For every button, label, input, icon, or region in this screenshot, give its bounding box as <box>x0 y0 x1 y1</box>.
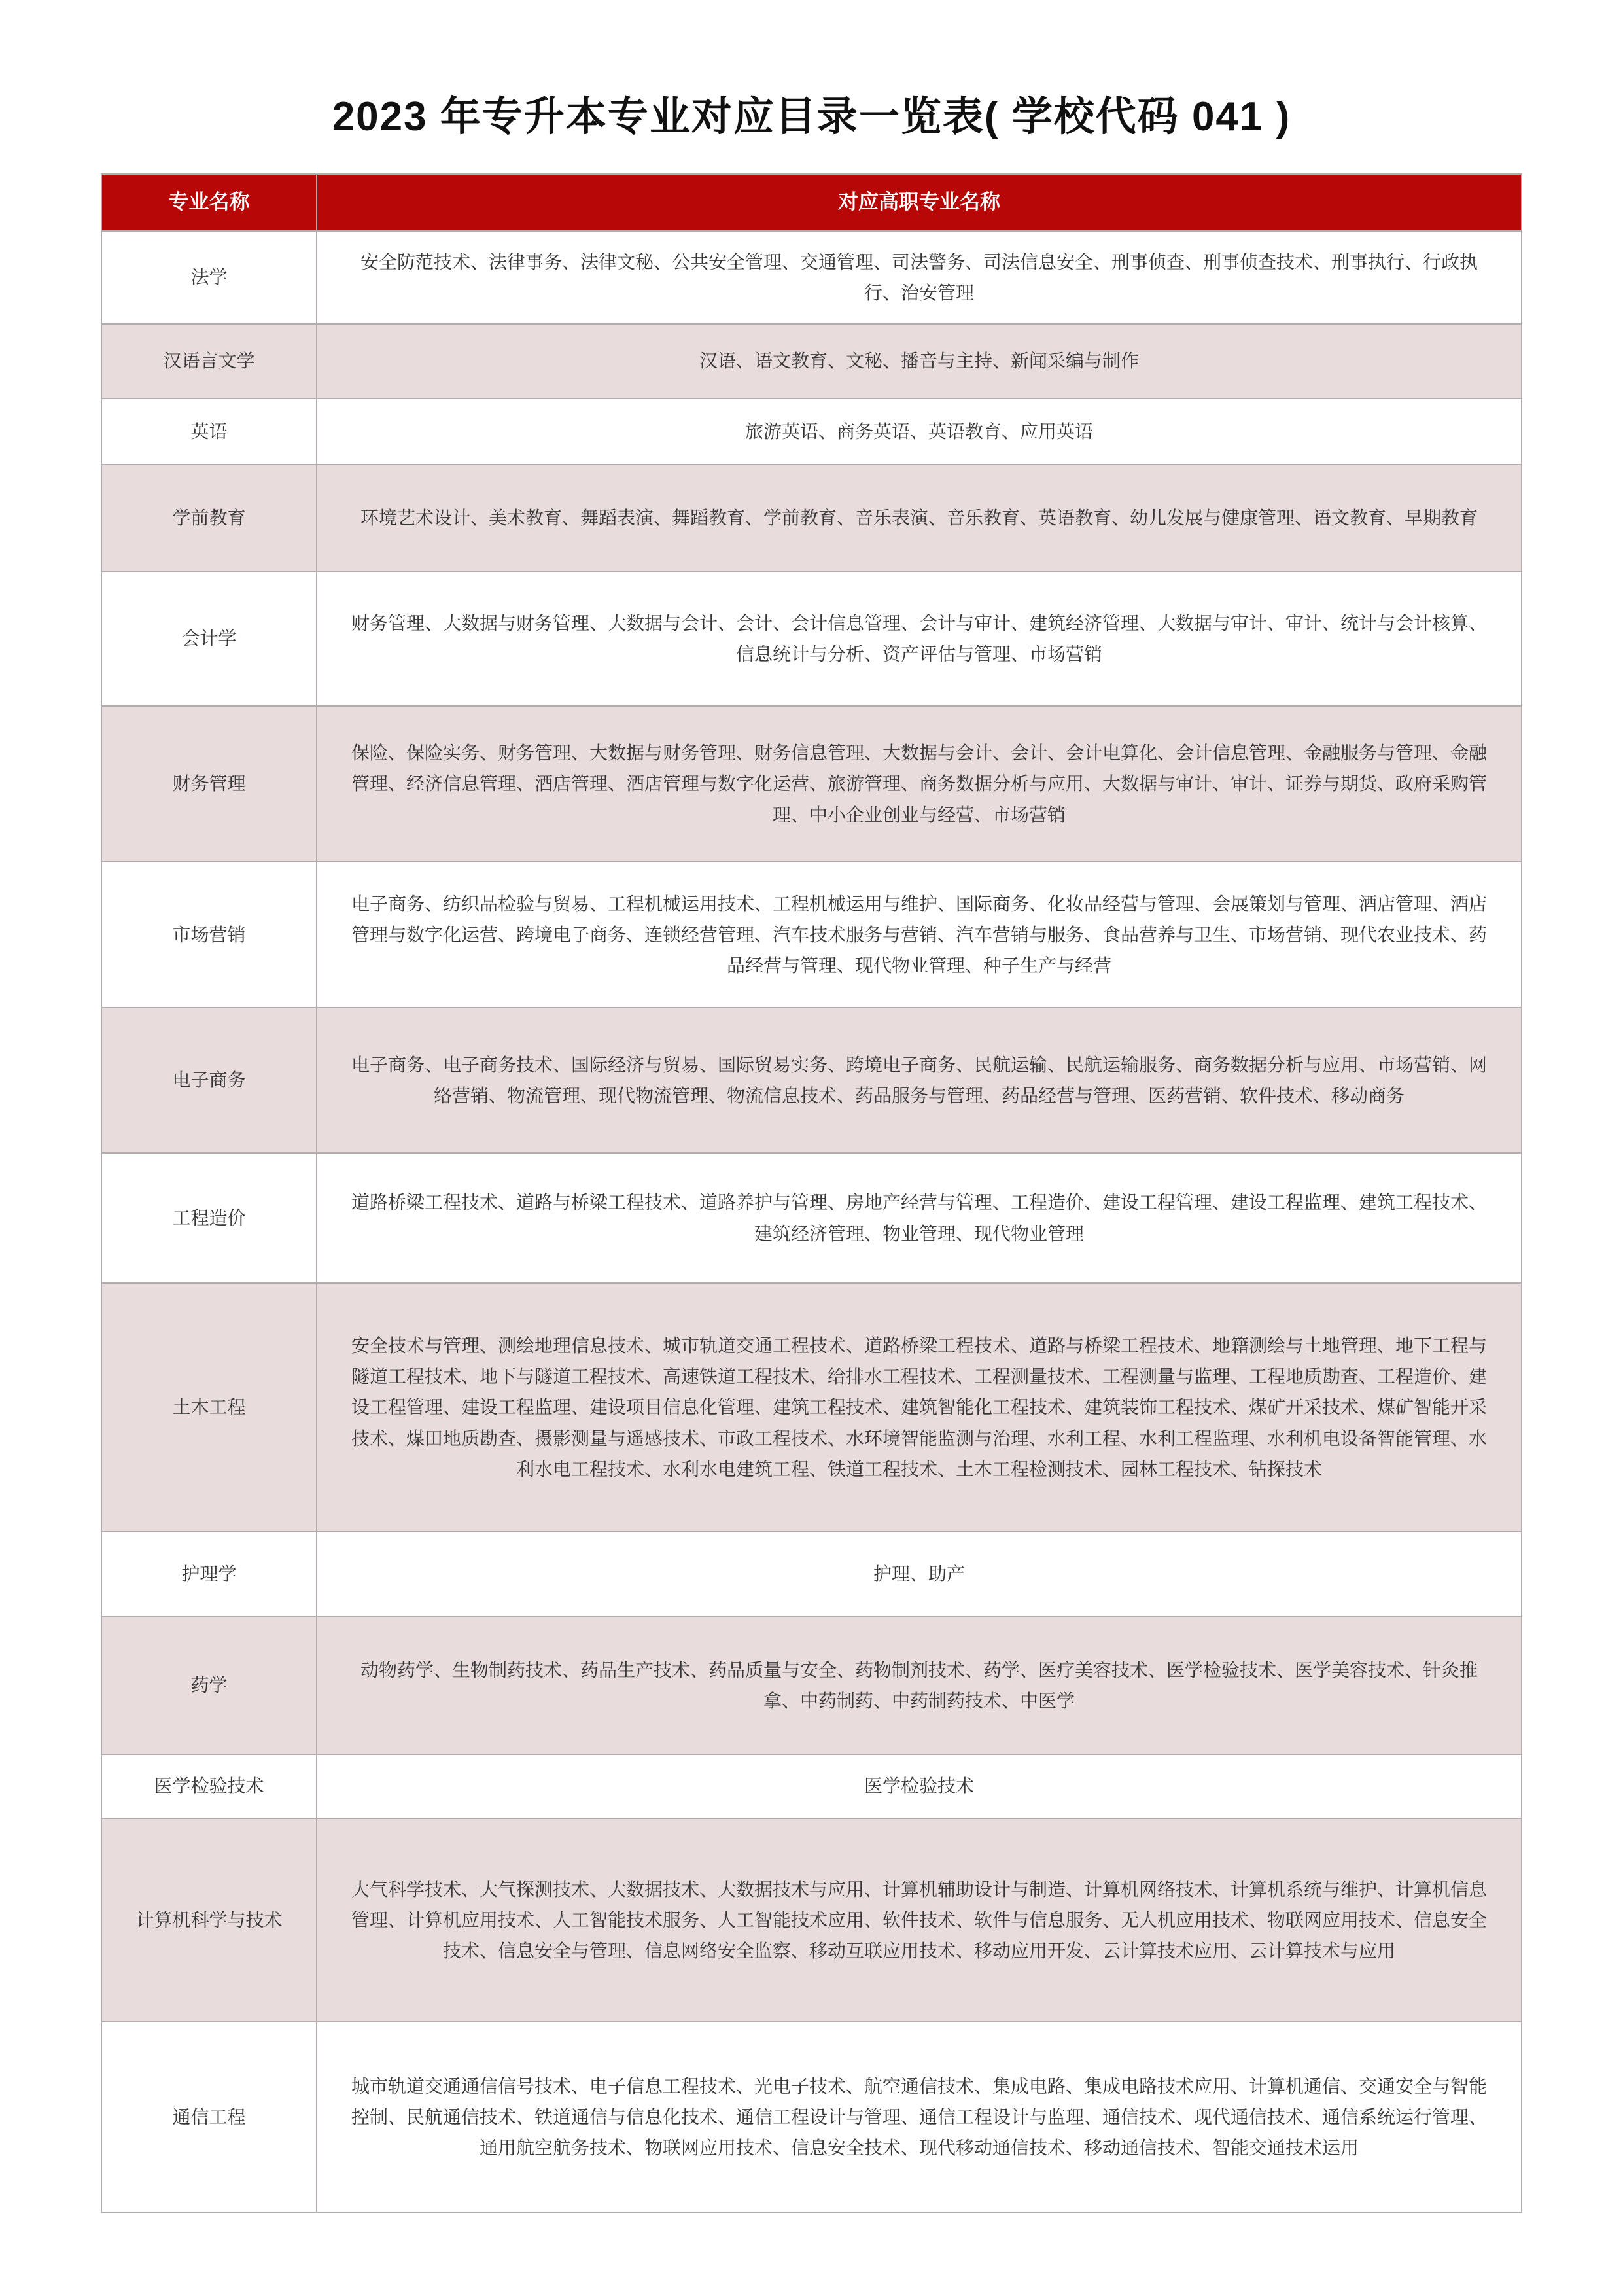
table-row: 财务管理 保险、保险实务、财务管理、大数据与财务管理、财务信息管理、大数据与会计… <box>102 705 1521 861</box>
mapped-majors-cell: 安全防范技术、法律事务、法律文秘、公共安全管理、交通管理、司法警务、司法信息安全… <box>317 232 1521 323</box>
mapped-majors-cell: 医学检验技术 <box>317 1755 1521 1818</box>
header-mapped-majors: 对应高职专业名称 <box>317 175 1521 230</box>
major-name-cell: 学前教育 <box>102 465 317 571</box>
majors-mapping-table: 专业名称 对应高职专业名称 法学 安全防范技术、法律事务、法律文秘、公共安全管理… <box>101 173 1522 2213</box>
table-row: 通信工程 城市轨道交通通信信号技术、电子信息工程技术、光电子技术、航空通信技术、… <box>102 2021 1521 2212</box>
table-row: 市场营销 电子商务、纺织品检验与贸易、工程机械运用技术、工程机械运用与维护、国际… <box>102 861 1521 1007</box>
major-name-cell: 药学 <box>102 1617 317 1754</box>
major-name-cell: 法学 <box>102 232 317 323</box>
mapped-majors-cell: 电子商务、纺织品检验与贸易、工程机械运用技术、工程机械运用与维护、国际商务、化妆… <box>317 862 1521 1007</box>
major-name-cell: 会计学 <box>102 572 317 705</box>
mapped-majors-cell: 电子商务、电子商务技术、国际经济与贸易、国际贸易实务、跨境电子商务、民航运输、民… <box>317 1008 1521 1152</box>
major-name-cell: 电子商务 <box>102 1008 317 1152</box>
major-name-cell: 护理学 <box>102 1532 317 1616</box>
mapped-majors-cell: 旅游英语、商务英语、英语教育、应用英语 <box>317 399 1521 464</box>
mapped-majors-cell: 动物药学、生物制药技术、药品生产技术、药品质量与安全、药物制剂技术、药学、医疗美… <box>317 1617 1521 1754</box>
major-name-cell: 土木工程 <box>102 1284 317 1531</box>
table-row: 医学检验技术 医学检验技术 <box>102 1754 1521 1818</box>
table-row: 工程造价 道路桥梁工程技术、道路与桥梁工程技术、道路养护与管理、房地产经营与管理… <box>102 1152 1521 1282</box>
major-name-cell: 市场营销 <box>102 862 317 1007</box>
major-name-cell: 医学检验技术 <box>102 1755 317 1818</box>
major-name-cell: 汉语言文学 <box>102 325 317 398</box>
major-name-cell: 通信工程 <box>102 2022 317 2212</box>
table-row: 学前教育 环境艺术设计、美术教育、舞蹈表演、舞蹈教育、学前教育、音乐表演、音乐教… <box>102 464 1521 571</box>
major-name-cell: 财务管理 <box>102 707 317 861</box>
table-row: 电子商务 电子商务、电子商务技术、国际经济与贸易、国际贸易实务、跨境电子商务、民… <box>102 1007 1521 1152</box>
table-header-row: 专业名称 对应高职专业名称 <box>102 175 1521 230</box>
mapped-majors-cell: 道路桥梁工程技术、道路与桥梁工程技术、道路养护与管理、房地产经营与管理、工程造价… <box>317 1154 1521 1282</box>
table-row: 会计学 财务管理、大数据与财务管理、大数据与会计、会计、会计信息管理、会计与审计… <box>102 571 1521 705</box>
table-row: 护理学 护理、助产 <box>102 1531 1521 1616</box>
document-page: 2023 年专升本专业对应目录一览表( 学校代码 041 ) 专业名称 对应高职… <box>0 0 1623 2296</box>
table-row: 药学 动物药学、生物制药技术、药品生产技术、药品质量与安全、药物制剂技术、药学、… <box>102 1616 1521 1754</box>
table-row: 法学 安全防范技术、法律事务、法律文秘、公共安全管理、交通管理、司法警务、司法信… <box>102 230 1521 323</box>
major-name-cell: 工程造价 <box>102 1154 317 1282</box>
major-name-cell: 英语 <box>102 399 317 464</box>
table-row: 汉语言文学 汉语、语文教育、文秘、播音与主持、新闻采编与制作 <box>102 323 1521 398</box>
table-row: 土木工程 安全技术与管理、测绘地理信息技术、城市轨道交通工程技术、道路桥梁工程技… <box>102 1282 1521 1531</box>
mapped-majors-cell: 护理、助产 <box>317 1532 1521 1616</box>
mapped-majors-cell: 环境艺术设计、美术教育、舞蹈表演、舞蹈教育、学前教育、音乐表演、音乐教育、英语教… <box>317 465 1521 571</box>
mapped-majors-cell: 汉语、语文教育、文秘、播音与主持、新闻采编与制作 <box>317 325 1521 398</box>
major-name-cell: 计算机科学与技术 <box>102 1819 317 2021</box>
mapped-majors-cell: 财务管理、大数据与财务管理、大数据与会计、会计、会计信息管理、会计与审计、建筑经… <box>317 572 1521 705</box>
header-major-name: 专业名称 <box>102 175 317 230</box>
page-title: 2023 年专升本专业对应目录一览表( 学校代码 041 ) <box>0 0 1623 142</box>
mapped-majors-cell: 大气科学技术、大气探测技术、大数据技术、大数据技术与应用、计算机辅助设计与制造、… <box>317 1819 1521 2021</box>
mapped-majors-cell: 安全技术与管理、测绘地理信息技术、城市轨道交通工程技术、道路桥梁工程技术、道路与… <box>317 1284 1521 1531</box>
mapped-majors-cell: 城市轨道交通通信信号技术、电子信息工程技术、光电子技术、航空通信技术、集成电路、… <box>317 2022 1521 2212</box>
table-row: 英语 旅游英语、商务英语、英语教育、应用英语 <box>102 398 1521 464</box>
table-row: 计算机科学与技术 大气科学技术、大气探测技术、大数据技术、大数据技术与应用、计算… <box>102 1818 1521 2021</box>
mapped-majors-cell: 保险、保险实务、财务管理、大数据与财务管理、财务信息管理、大数据与会计、会计、会… <box>317 707 1521 861</box>
